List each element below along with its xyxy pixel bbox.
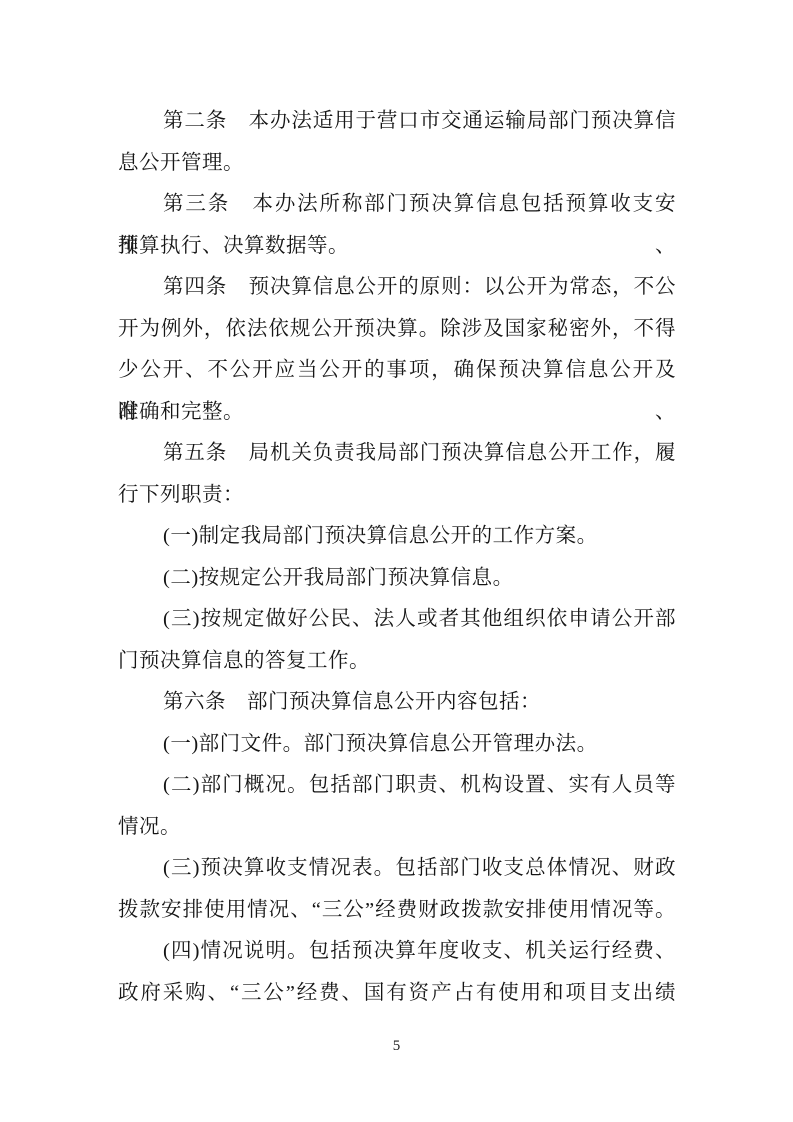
document-line: 开为例外，依法依规公开预决算。除涉及国家秘密外，不得 [118,309,676,351]
document-line: 门预决算信息的答复工作。 [118,641,676,683]
document-line: 息公开管理。 [118,143,676,185]
document-line: 第六条 部门预决算信息公开内容包括： [118,682,676,724]
document-text-block: 第二条 本办法适用于营口市交通运输局部门预决算信息公开管理。第三条 本办法所称部… [118,101,676,1014]
document-page: 第二条 本办法适用于营口市交通运输局部门预决算信息公开管理。第三条 本办法所称部… [0,0,793,1122]
document-line: 第五条 局机关负责我局部门预决算信息公开工作，履 [118,433,676,475]
document-line: 政府采购、“三公”经费、国有资产占有使用和项目支出绩 [118,973,676,1015]
document-line: (二)按规定公开我局部门预决算信息。 [118,558,676,600]
document-line: 行下列职责： [118,475,676,517]
document-line: 第三条 本办法所称部门预决算信息包括预算收支安排、 [118,184,676,226]
document-line: (一)部门文件。部门预决算信息公开管理办法。 [118,724,676,766]
document-line: 第四条 预决算信息公开的原则：以公开为常态，不公 [118,267,676,309]
document-line: (三)预决算收支情况表。包括部门收支总体情况、财政 [118,848,676,890]
document-line: (三)按规定做好公民、法人或者其他组织依申请公开部 [118,599,676,641]
page-number: 5 [0,1036,793,1056]
document-line: 情况。 [118,807,676,849]
document-line: 少公开、不公开应当公开的事项，确保预决算信息公开及时、 [118,350,676,392]
document-line: (二)部门概况。包括部门职责、机构设置、实有人员等 [118,765,676,807]
document-line: 第二条 本办法适用于营口市交通运输局部门预决算信 [118,101,676,143]
document-line: (四)情况说明。包括预决算年度收支、机关运行经费、 [118,931,676,973]
document-line: (一)制定我局部门预决算信息公开的工作方案。 [118,516,676,558]
document-line: 拨款安排使用情况、“三公”经费财政拨款安排使用情况等。 [118,890,676,932]
